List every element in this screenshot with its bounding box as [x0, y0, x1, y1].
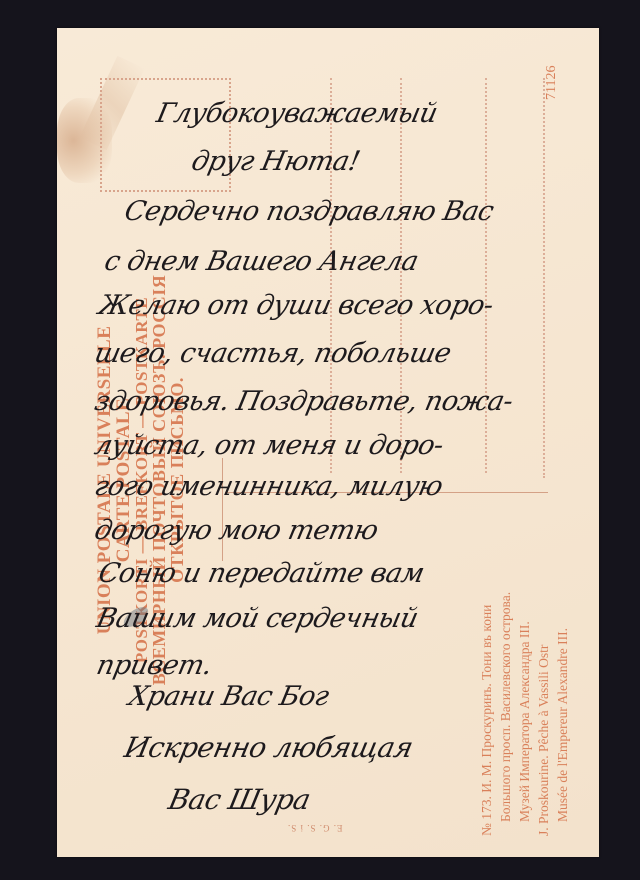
printer-mark: E. G. S. i S. [287, 823, 343, 832]
handwriting-line-2: друг Нюта! [189, 146, 363, 177]
caption-line-1: № 173. И. М. Проскуринъ. Тони въ кони [477, 496, 496, 836]
caption-line-5: Musée de l'Empereur Alexandre III. [553, 496, 572, 836]
handwriting-line-1: Глубокоуважаемый [154, 98, 440, 129]
caption-line-4: J. Proskourine. Pêche à Vassili Ostr [534, 496, 553, 836]
handwriting-line-3: Сердечно поздравляю Вас [122, 196, 497, 227]
handwriting-line-6: шего, счастья, побольше [92, 338, 454, 369]
image-caption-printed: № 173. И. М. Проскуринъ. Тони въ кони Бо… [477, 496, 572, 836]
handwriting-line-12: Вашим мой сердечный [94, 603, 421, 634]
handwriting-line-9: гого именинника, милую [92, 471, 446, 502]
handwriting-line-7: здоровья. Поздравьте, пожа- [92, 386, 516, 417]
handwriting-line-4: с днем Вашего Ангела [102, 246, 421, 277]
handwriting-line-5: Желаю от души всего хоро- [96, 290, 496, 321]
handwriting-line-13: привет. [94, 650, 215, 681]
handwriting-line-8: луйста, от меня и доро- [92, 430, 446, 461]
postcard: 71126 UNION POSTALE UNIVERSELLE CARTE PO… [57, 28, 599, 857]
handwriting-line-11: Соню и передайте вам [96, 558, 427, 589]
handwriting-closing: Искренно любящая [121, 731, 415, 764]
handwriting-line-10: дорогую мою тетю [92, 515, 381, 546]
caption-line-2: Большого просп. Василевского острова. [496, 496, 515, 836]
serial-number: 71126 [545, 66, 559, 100]
address-guide-line-4 [543, 78, 545, 478]
handwriting-signature: Вас Шура [165, 783, 313, 816]
caption-line-3: Музей Императора Александра III. [515, 496, 534, 836]
handwriting-line-14: Храни Вас Бог [126, 681, 332, 712]
